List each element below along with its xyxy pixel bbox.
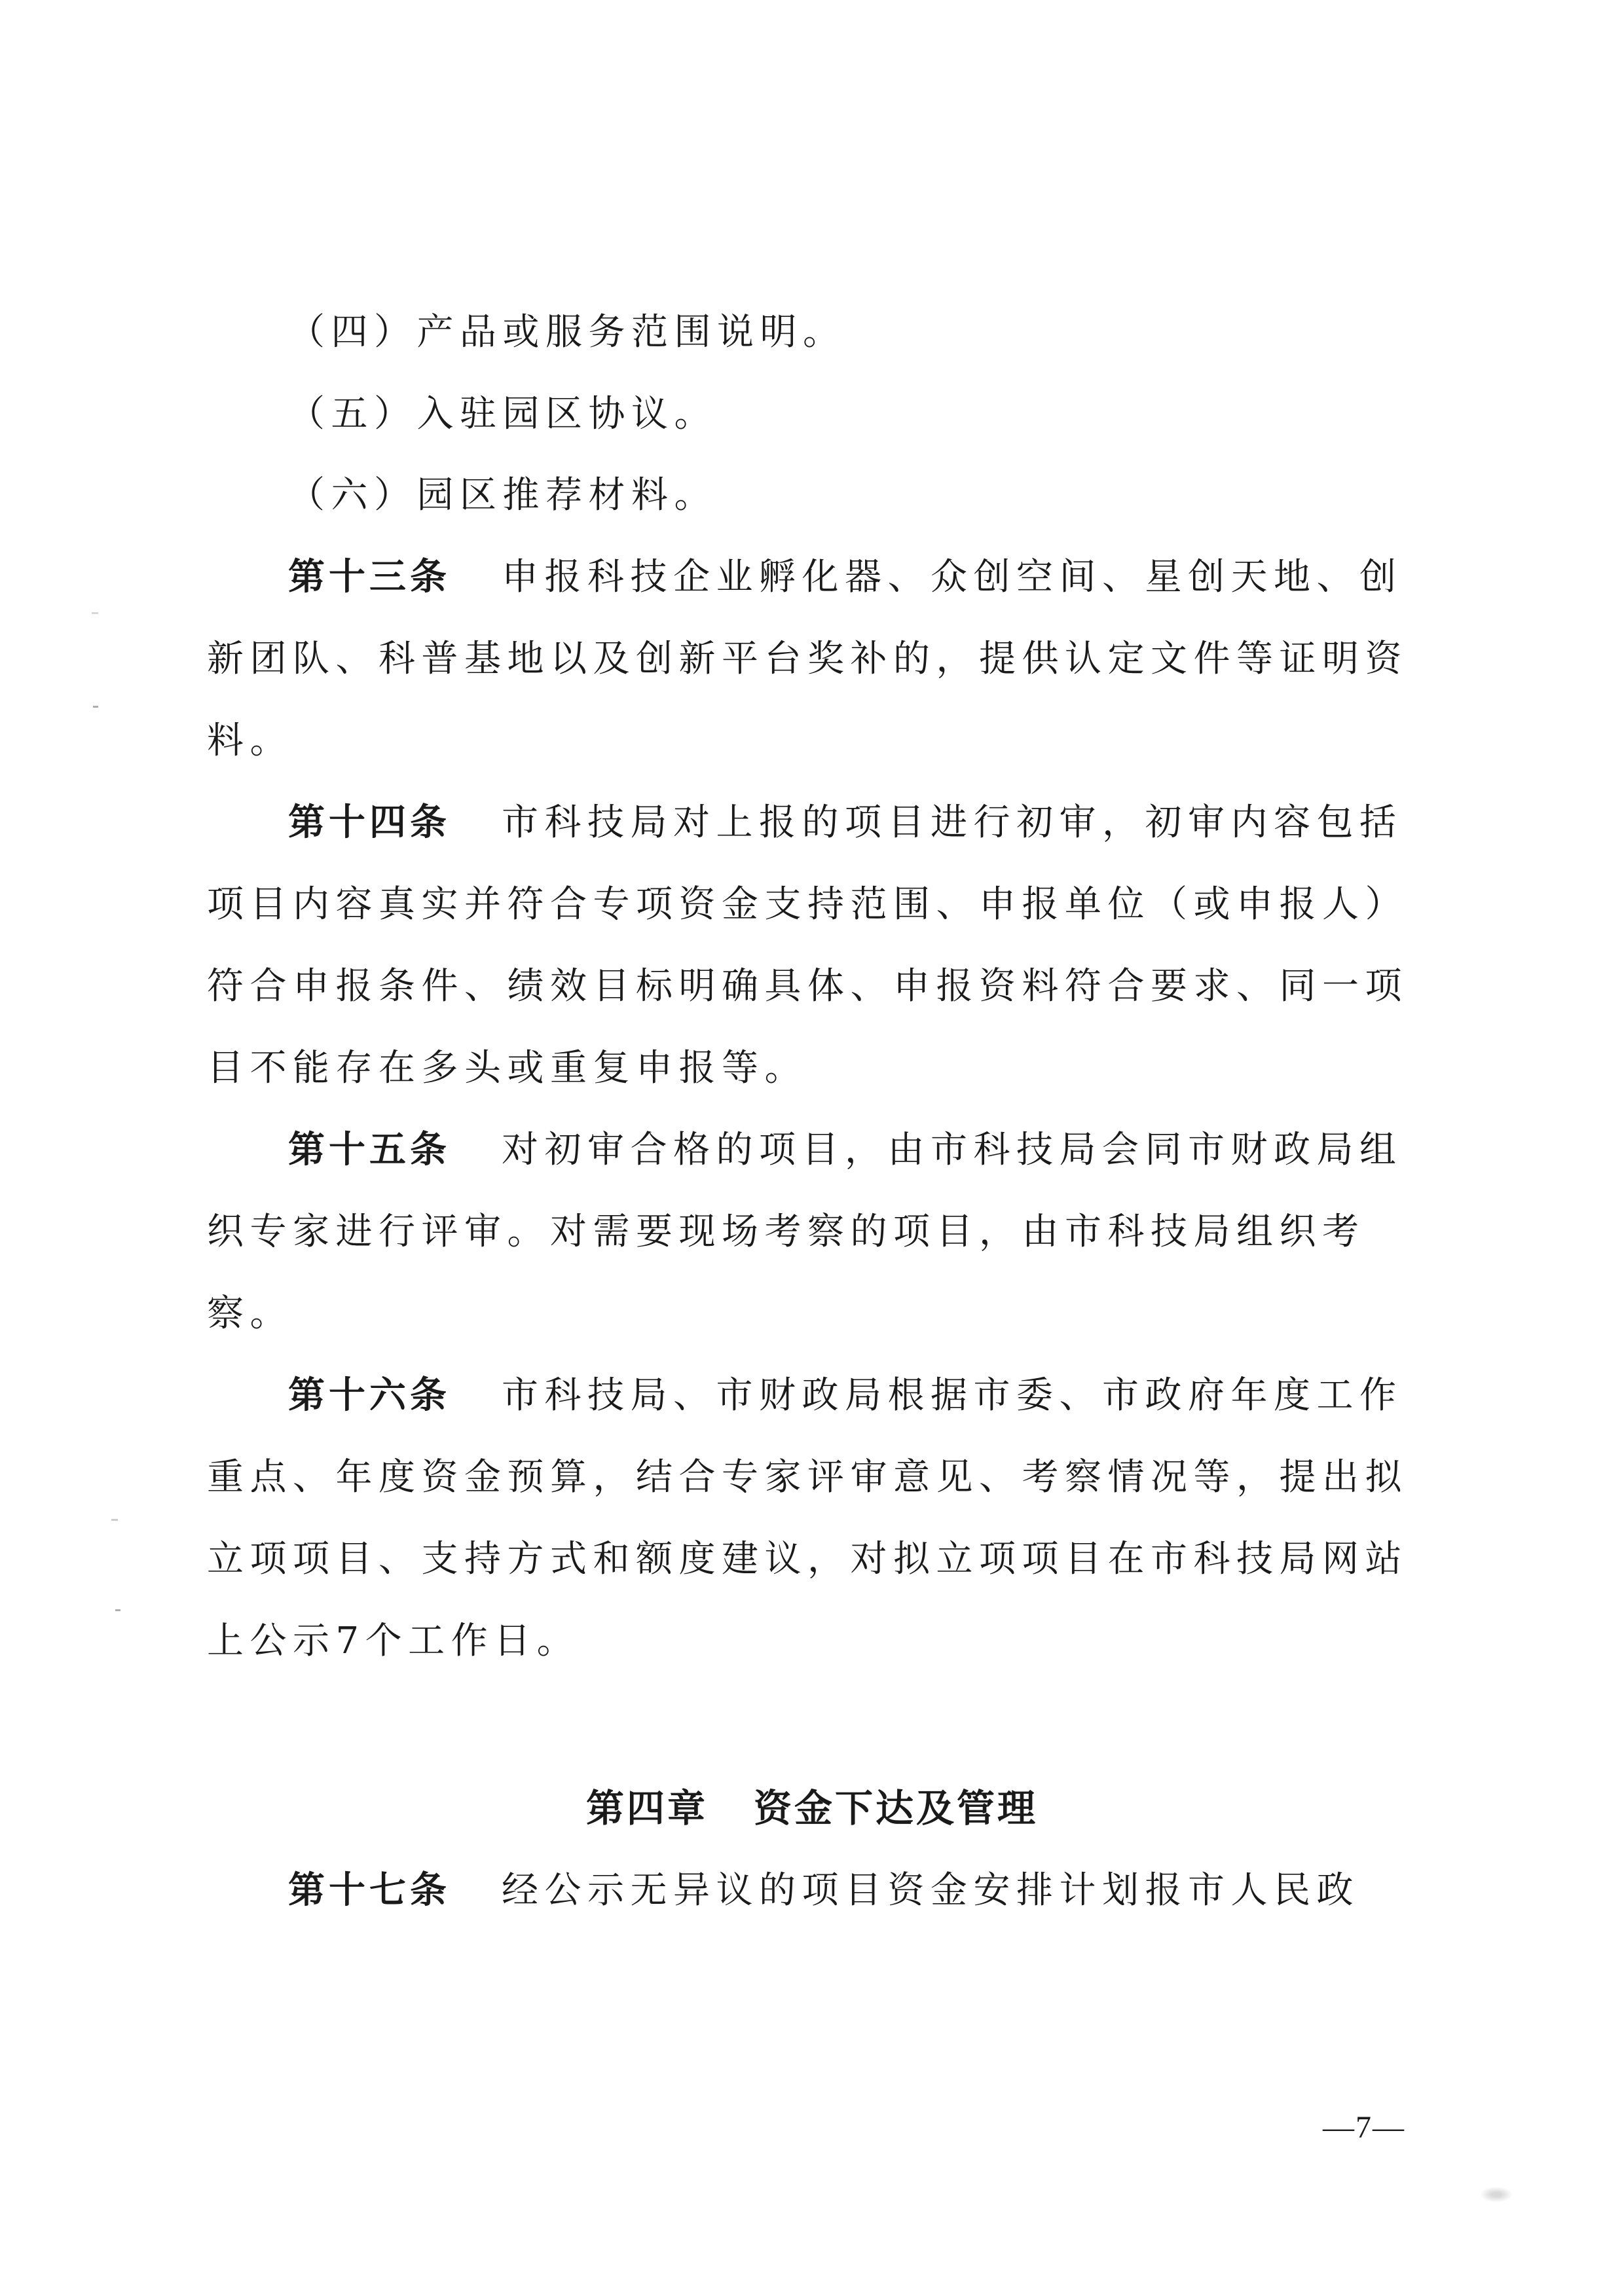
article-13-line-3: 料。 [207, 700, 1425, 782]
article-16-line-4: 上公示7个工作日。 [207, 1600, 1425, 1682]
article-15-line-1: 第十五条对初审合格的项目，由市科技局会同市财政局组 [288, 1109, 1425, 1191]
article-13-text: 申报科技企业孵化器、众创空间、星创天地、创 [502, 556, 1403, 598]
scan-speck [111, 1519, 118, 1521]
list-item-5: （五）入驻园区协议。 [288, 373, 1425, 455]
article-16-line-2: 重点、年度资金预算，结合专家评审意见、考察情况等，提出拟 [207, 1436, 1425, 1518]
article-15-text: 对初审合格的项目，由市科技局会同市财政局组 [502, 1129, 1403, 1171]
scan-speck [92, 612, 98, 614]
article-16-text: 市科技局、市财政局根据市委、市政府年度工作 [502, 1374, 1403, 1417]
article-15-label: 第十五条 [288, 1129, 451, 1171]
list-item-4: （四）产品或服务范围说明。 [288, 291, 1425, 373]
article-14-line-3: 符合申报条件、绩效目标明确具体、申报资料符合要求、同一项 [207, 945, 1425, 1027]
document-page: （四）产品或服务范围说明。 （五）入驻园区协议。 （六）园区推荐材料。 第十三条… [0, 0, 1624, 2296]
article-14-text: 市科技局对上报的项目进行初审，初审内容包括 [502, 801, 1403, 844]
article-15-line-2: 织专家进行评审。对需要现场考察的项目，由市科技局组织考 [207, 1191, 1425, 1273]
scan-speck [115, 1609, 120, 1611]
chapter-heading: 第四章资金下达及管理 [0, 1768, 1624, 1850]
article-14-line-4: 目不能存在多头或重复申报等。 [207, 1027, 1425, 1109]
article-13-label: 第十三条 [288, 556, 451, 598]
article-14-label: 第十四条 [288, 801, 451, 844]
article-14-line-2: 项目内容真实并符合专项资金支持范围、申报单位（或申报人） [207, 864, 1425, 945]
article-17-text: 经公示无异议的项目资金安排计划报市人民政 [502, 1869, 1359, 1912]
scan-smudge [1480, 2187, 1513, 2202]
article-16-line-3: 立项项目、支持方式和额度建议，对拟立项项目在市科技局网站 [207, 1518, 1425, 1600]
scan-speck [93, 706, 98, 708]
article-13-line-1: 第十三条申报科技企业孵化器、众创空间、星创天地、创 [288, 536, 1425, 618]
article-16-line-1: 第十六条市科技局、市财政局根据市委、市政府年度工作 [288, 1355, 1425, 1436]
article-14-line-1: 第十四条市科技局对上报的项目进行初审，初审内容包括 [288, 782, 1425, 864]
article-16-label: 第十六条 [288, 1374, 451, 1417]
article-13-line-2: 新团队、科普基地以及创新平台奖补的，提供认定文件等证明资 [207, 618, 1425, 700]
article-17-label: 第十七条 [288, 1869, 451, 1912]
page-number: —7— [1323, 2109, 1405, 2145]
list-item-6: （六）园区推荐材料。 [288, 454, 1425, 536]
chapter-number: 第四章 [586, 1786, 708, 1831]
article-17-line-1: 第十七条经公示无异议的项目资金安排计划报市人民政 [288, 1850, 1425, 1931]
article-15-line-3: 察。 [207, 1273, 1425, 1355]
chapter-title: 资金下达及管理 [754, 1786, 1038, 1831]
